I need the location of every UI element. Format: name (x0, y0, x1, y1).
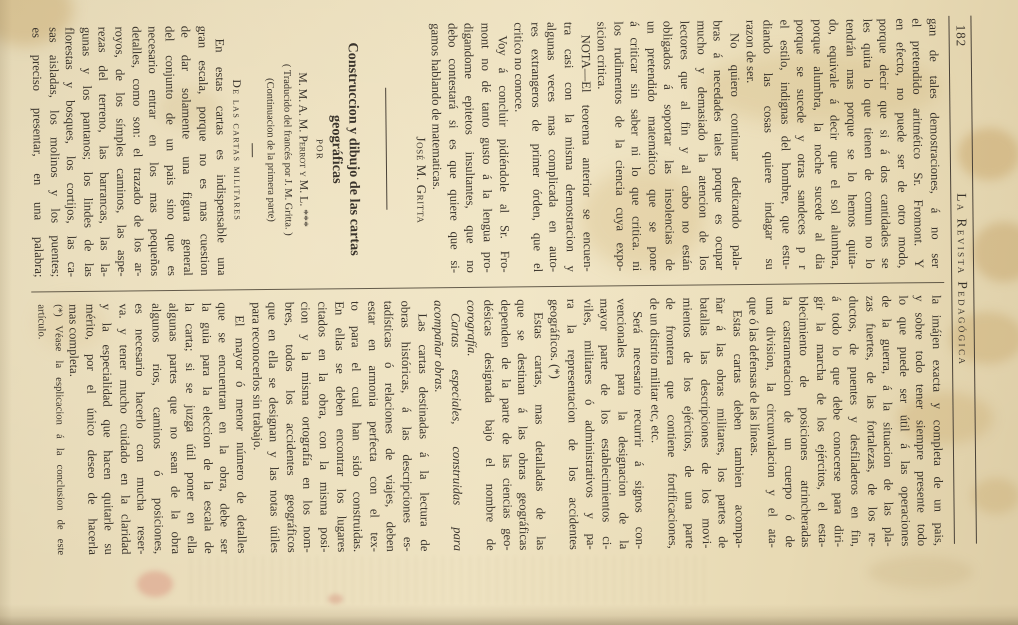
text-line: blecimiento de posiciones atrincheradas (794, 296, 813, 547)
text-line: que se destinan á las obras geográficas (512, 299, 531, 550)
text-line: florestas y bosques, los cortijos, las c… (61, 27, 80, 277)
text-line: en efecto, no puede ser de otro modo, (891, 18, 910, 268)
text-line: detalles, como son: el trazado de los ar… (127, 26, 146, 276)
text-line: el pretendido aritmético Sr. Fromont. Y (908, 18, 927, 268)
text-line: estar en armonia perfecta con el tex- (363, 300, 382, 551)
text-line: No quiero continuar dedicando pala- (725, 20, 744, 270)
text-line: les quita lo que tienen de comun no lo (858, 18, 877, 268)
text-line: los rudimentos de la ciencia cuya expo- (609, 21, 628, 271)
text-line: de un distrito militar etc, etc. (645, 297, 664, 548)
text-line: va. y tener mucho cuidado en la claridad (114, 303, 133, 554)
text-line: mientos de los ejércitos, de una parte (678, 297, 697, 548)
text-line: tra casi con la misma demostracion y (559, 21, 578, 271)
text-line: gunas y los pantanos; los lindes de las (77, 26, 96, 276)
text-line: Construccion y dibujo de las cartas (343, 24, 363, 274)
text-line: geográficos. (*) (546, 298, 565, 549)
text-line: M. M. A. M. Perrot y M. L. *** (293, 24, 312, 274)
text-line: algunas veces mas complicada en auto- (543, 21, 562, 271)
text-line: En ellas se deben encontrar los lugares (330, 301, 349, 552)
text-line: de dar solamente una figura general (177, 25, 196, 275)
text-line: algunas partes que no sean de la obra (164, 302, 183, 553)
separator-dash-mark (251, 143, 252, 157)
text-line: el estilo, indignas del hombre, que estu… (775, 19, 794, 269)
text-line: critico no conoce. (510, 22, 529, 272)
text-line: razon de ser. (742, 19, 761, 269)
text-line: citados en la obra, con la misma posi- (313, 301, 332, 552)
text-line: sicion critica. (592, 21, 611, 271)
text-line: De las cartas militares (227, 25, 246, 275)
text-line: necesario entrar en los mas pequeños (144, 26, 163, 276)
text-line: Cartas especiales, construidas para (446, 299, 465, 550)
journal-title: La Revista Pedagógica (953, 193, 971, 366)
text-line: rezas del terreno, las barrancas, las la… (94, 26, 113, 276)
text-line: sas aisladas, los molinos y los puentes; (44, 27, 63, 277)
page-number: 182 (952, 24, 968, 47)
text-line: obligados á soportar las insolencias de (659, 20, 678, 270)
text-line: ñar á las obras militares, los partes de (712, 297, 731, 548)
text-line: la carta; si se juzga útil poner en ella (181, 302, 200, 553)
text-line: de frontera que contiene fortificaciones… (662, 297, 681, 548)
text-line: désicas designada bajo el nombre de (479, 299, 498, 550)
masthead: 182 La Revista Pedagógica (948, 15, 977, 543)
text-line: mérito, por el único deseo de hacerla (81, 303, 100, 554)
text-line: Estas cartas, mas detalladas de las (529, 299, 548, 550)
text-line: corografía. (463, 299, 482, 550)
separator-rule-mark (384, 87, 386, 209)
text-line: que ó las defensas de las líneas. (745, 296, 764, 547)
text-line: gamos hablando de matematicas. (427, 23, 446, 273)
text-line: á todo lo que debe conocerse para diri- (828, 295, 847, 546)
separator-rule (377, 23, 396, 273)
text-line: y sobre todo tener siempre presente todo (911, 295, 930, 546)
text-line: gir la marcha de los ejércitos, el esta- (811, 296, 830, 547)
text-line: tendrán mas porque se lo hemos quita- (841, 18, 860, 268)
text-line: la imájen exacta y completa de un pais, (927, 294, 946, 545)
scanned-page-photo: 182 La Revista Pedagógica gan de tales d… (0, 0, 1018, 625)
text-line: vencionales para la designacion de la (612, 298, 631, 549)
separator-rule (243, 25, 262, 275)
text-line: José M. Gritta (410, 23, 429, 273)
text-line: de la guerra, á la situacion de las pla- (877, 295, 896, 546)
text-line: á criticar sin saber ni lo que critica. … (626, 21, 645, 271)
text-line: que se encuentran en la obra, debe ser (214, 302, 233, 553)
text-line: la guia para la eleccion de la escala de (197, 302, 216, 553)
text-line: que en ella se designan y las notas útil… (264, 301, 283, 552)
text-line: ( Traducido del francés por J. M. Gritta… (276, 24, 295, 274)
text-line: NOTA—El teorema anterior se encuen- (576, 21, 595, 271)
text-line: royos, de los símples caminos, las aspe- (110, 26, 129, 276)
text-line: lo que puede ser útil á las operaciones (894, 295, 913, 546)
text-line: para reconocerlos sin trabajo. (247, 302, 266, 553)
text-line: geográficas (326, 24, 346, 274)
text-line: ductos, de puentes y desfiladeros en fin… (844, 295, 863, 546)
text-line: viles, militares ó administrativos y pa- (579, 298, 598, 549)
text-line: En estas cartas es indispensable una (210, 25, 229, 275)
text-line: gran escala, porque no es mas cuestion (193, 25, 212, 275)
text-line: es preciso presentar, en una palabra; (28, 27, 47, 277)
text-line: diando las cosas quiere indagar su (758, 19, 777, 269)
text-line: obras históricas, á las descripciones es… (396, 300, 415, 551)
text-line: bras á necedades tales porque es ocupar (709, 20, 728, 270)
text-line: gan de tales demostraciones, á no ser (924, 17, 943, 267)
text-line: porque se sucede y otras sandeces p r (792, 19, 811, 269)
text-line: debo contestará si es que quiere que si- (443, 22, 462, 272)
text-line: (*) Véase la esplicacion á la conclusion… (48, 304, 67, 555)
text-line: una division, la circunvalacion y el ata… (761, 296, 780, 547)
column-right: la imájen exacta y completa de un pais,y… (30, 294, 946, 555)
text-line: Estas cartas deben tambien acompa- (728, 297, 747, 548)
text-line: la castrametacion de un cuerpo ó de (778, 296, 797, 547)
text-line: POR (310, 24, 329, 274)
text-line: cion y la misma ortografía en los nom- (297, 301, 316, 552)
text-line: Será necesario recurrir á signos con- (629, 298, 648, 549)
text-line: acompañar obras. (429, 300, 448, 551)
text-line: porque alumbra, la noche sucede al dia (808, 19, 827, 269)
text-line: mont no dé tanto gusto á la lengua pro- (476, 22, 495, 272)
text-line: ra la representacion de los accidentes (562, 298, 581, 549)
text-line: mayor parte de los establecimientos ci- (595, 298, 614, 549)
text-line: zas fuertes, de las fortalezas, de los r… (861, 295, 880, 546)
text-line: del conjunto de un pais sino que es (160, 25, 179, 275)
text-line (393, 23, 412, 273)
text-line: es necesario hacerlo con mucha reser- (131, 303, 150, 554)
text-line: El mayor ó menor número de detalles (230, 302, 249, 553)
text-line: do, equivale á decir que el sol alumbra, (825, 19, 844, 269)
text-line: res extrangeros de primer órden, que el (526, 22, 545, 272)
text-line: lectores que al fin y al cabo no están (675, 20, 694, 270)
text-line: Las cartas destinadas á la lectura de (413, 300, 432, 551)
text-line: dependen de la parte de las ciencias geo… (496, 299, 515, 550)
text-line: bres, todos los accidentes geográficos (280, 301, 299, 552)
text-line: tadísticas ó relaciones de viajes, deben (380, 300, 399, 551)
text-line: mas completa. (64, 303, 83, 554)
text-line: un pretendido matemático que se pone (642, 20, 661, 270)
text-line (360, 23, 379, 273)
text-line: y la especialidad que hacen quitarle su (98, 303, 117, 554)
column-left: gan de tales demostraciones, á no serel … (28, 17, 944, 277)
text-line: to para el cual han sido construidas. (346, 301, 365, 552)
text-line: porque decir que si á dos cantidades se (875, 18, 894, 268)
text-line: algunos rios, caminos ó posiciones, (147, 303, 166, 554)
text-line: (Continuacion de la primera parte) (260, 24, 279, 274)
text-line: mucho y demasiado la atencion de los (692, 20, 711, 270)
column-divider (30, 281, 943, 292)
text-line: Voy á concluir pidiéndole al Sr. Fro- (493, 22, 512, 272)
text-block: gan de tales demostraciones, á no serel … (28, 17, 947, 555)
text-line: batallas las descripciones de los movi- (695, 297, 714, 548)
text-line: artículo. (31, 304, 50, 555)
text-line: digandome epitetos insultantes, que no (460, 22, 479, 272)
rotated-page: 182 La Revista Pedagógica gan de tales d… (0, 0, 1018, 625)
